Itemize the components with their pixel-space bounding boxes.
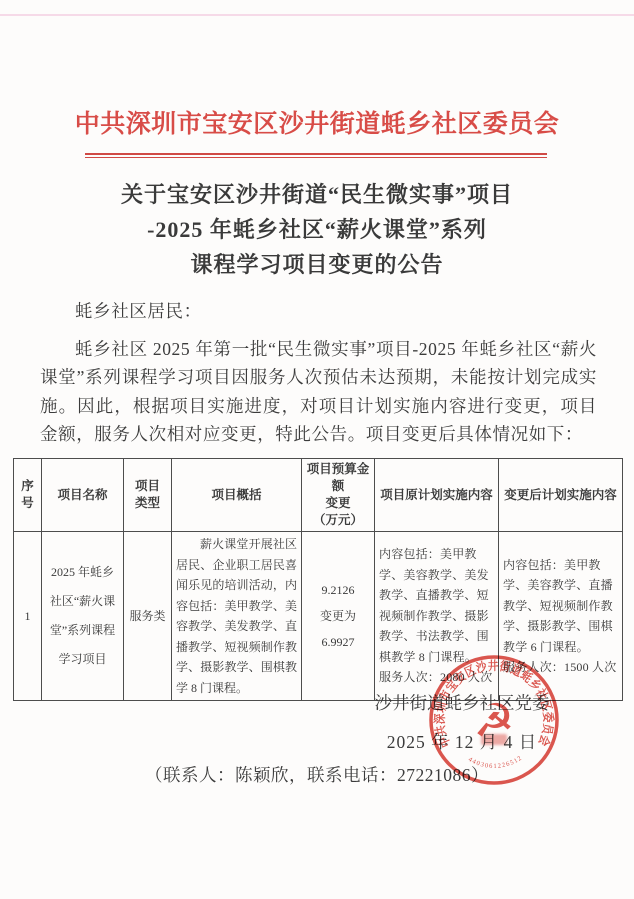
signature-committee: 沙井街道蚝乡社区党委 (342, 693, 582, 713)
cell-budget-change: 9.2126 变更为 6.9927 (302, 532, 375, 701)
col-header-seq: 序号 (14, 459, 42, 532)
doc-title-line-3: 课程学习项目变更的公告 (0, 247, 634, 282)
table-header-row: 序号 项目名称 项目 类型 项目概括 项目预算金额 变更 （万元） 项目原计划实… (14, 459, 623, 532)
body-text: 蚝乡社区居民： 蚝乡社区 2025 年第一批“民生微实事”项目-2025 年蚝乡… (40, 297, 597, 449)
col-header-type: 项目 类型 (124, 459, 172, 532)
org-title: 中共深圳市宝安区沙井街道蚝乡社区委员会 (0, 104, 634, 140)
col-header-name: 项目名称 (42, 459, 124, 532)
cell-project-type: 服务类 (124, 532, 172, 701)
table-row: 1 2025 年蚝乡社区“薪火课堂”系列课程学习项目 服务类 薪火课堂开展社区居… (14, 532, 623, 701)
col-header-summary: 项目概括 (172, 459, 302, 532)
cell-project-summary: 薪火课堂开展社区居民、企业职工居民喜闻乐见的培训活动，内容包括：美甲教学、美容教… (172, 532, 302, 701)
cell-original-plan: 内容包括：美甲教学、美容教学、美发教学、直播教学、短视频制作教学、摄影教学、书法… (375, 532, 499, 701)
scan-artifact-line (0, 14, 634, 16)
col-header-type-line2: 类型 (128, 495, 167, 512)
doc-title: 关于宝安区沙井街道“民生微实事”项目 -2025 年蚝乡社区“薪火课堂”系列 课… (0, 177, 634, 282)
budget-before: 9.2126 (306, 577, 370, 603)
col-header-new-plan: 变更后计划实施内容 (499, 459, 623, 532)
new-plan-service: 服务人次：1500 人次 (503, 657, 618, 678)
col-header-budget-line1: 项目预算金额 (306, 461, 370, 495)
col-header-budget: 项目预算金额 变更 （万元） (302, 459, 375, 532)
cell-project-name: 2025 年蚝乡社区“薪火课堂”系列课程学习项目 (42, 532, 124, 701)
col-header-budget-line2: 变更 (306, 495, 370, 512)
col-header-budget-line3: （万元） (306, 512, 370, 529)
new-plan-content: 内容包括：美甲教学、美容教学、直播教学、短视频制作教学、摄影教学、围棋教学 6 … (503, 555, 618, 658)
doc-title-line-1: 关于宝安区沙井街道“民生微实事”项目 (0, 177, 634, 212)
signature-block: 沙井街道蚝乡社区党委 2025 年 12 月 4 日 (342, 693, 582, 752)
signature-date: 2025 年 12 月 4 日 (342, 732, 582, 752)
budget-change-label: 变更为 (306, 603, 370, 629)
body-paragraph: 蚝乡社区 2025 年第一批“民生微实事”项目-2025 年蚝乡社区“薪火课堂”… (40, 335, 597, 449)
col-header-type-line1: 项目 (128, 478, 167, 495)
contact-line: （联系人：陈颖欣，联系电话：27221086） (0, 762, 634, 787)
doc-title-line-2: -2025 年蚝乡社区“薪火课堂”系列 (0, 212, 634, 247)
salutation: 蚝乡社区居民： (40, 297, 597, 326)
budget-after: 6.9927 (306, 629, 370, 655)
original-plan-content: 内容包括：美甲教学、美容教学、美发教学、直播教学、短视频制作教学、摄影教学、书法… (379, 544, 494, 667)
cell-new-plan: 内容包括：美甲教学、美容教学、直播教学、短视频制作教学、摄影教学、围棋教学 6 … (499, 532, 623, 701)
red-double-rule (85, 153, 547, 158)
original-plan-service: 服务人次：2080 人次 (379, 667, 494, 688)
project-change-table: 序号 项目名称 项目 类型 项目概括 项目预算金额 变更 （万元） 项目原计划实… (13, 458, 623, 701)
cell-seq: 1 (14, 532, 42, 701)
col-header-original-plan: 项目原计划实施内容 (375, 459, 499, 532)
document-page: 中共深圳市宝安区沙井街道蚝乡社区委员会 关于宝安区沙井街道“民生微实事”项目 -… (0, 0, 634, 899)
